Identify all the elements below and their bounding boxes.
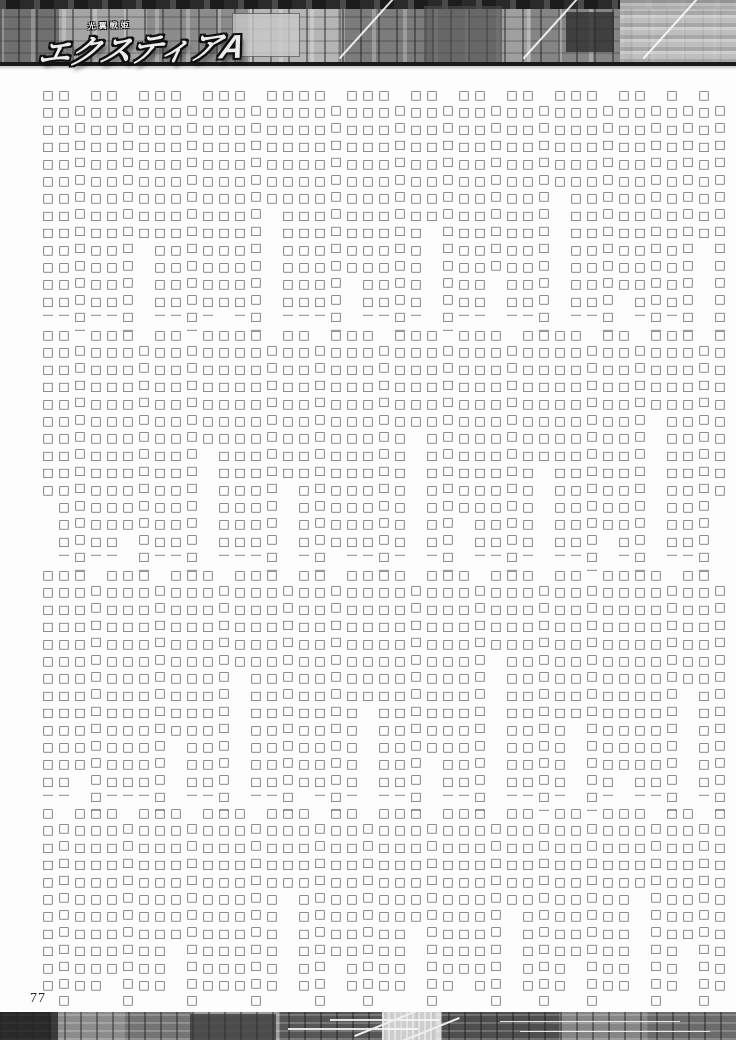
text-column: □□□□□□□□□□□□ bbox=[72, 806, 88, 992]
text-column: □□□□□□□□□□□□□□ bbox=[600, 88, 616, 331]
text-column: □□□□□□□□□□□□□□□ bbox=[520, 568, 536, 796]
text-column: □□□□□□□□□□□□ bbox=[152, 806, 168, 992]
text-column: □□□□□□□□□□□ bbox=[648, 806, 664, 1007]
text-column: □□□□□□□□□□□ bbox=[456, 328, 472, 556]
text-column: □□□□□□□□□□□□□□ bbox=[72, 88, 88, 331]
text-column: □□□□□□□□□□□□□□ bbox=[712, 568, 728, 811]
text-column: □□□□□□□□□□□□□□□ bbox=[152, 88, 168, 316]
text-column: □□□□□□□□□□ bbox=[168, 568, 184, 796]
text-column: □□□□□□□□□□□□□□□ bbox=[88, 328, 104, 556]
text-column: □□□□□□□□□□ bbox=[488, 88, 504, 331]
text-column: □□□□□□□□□□□ bbox=[312, 806, 328, 1007]
text-column: □□□□□□□□□□□□□□□ bbox=[232, 328, 248, 556]
text-column: □□□□□□□□□□□□ bbox=[344, 806, 360, 992]
text-column: □□□□□□□□□□□□□□ bbox=[584, 568, 600, 811]
text-column: □□□□□□□□□□□□□□ bbox=[184, 328, 200, 571]
text-column: □□□□□□□□□□□□□□□ bbox=[616, 328, 632, 556]
text-column: □□□□□□□□□□□□□□□ bbox=[456, 568, 472, 796]
text-column: □□□□□□□ bbox=[680, 568, 696, 796]
text-column: □□□□□□□□□□□□□□□ bbox=[696, 568, 712, 796]
text-column: □□□□□□ bbox=[408, 328, 424, 556]
text-column: □□□□□□□□□□□□□□□ bbox=[664, 88, 680, 316]
text-column: □□□□□□□□□□□□ bbox=[600, 806, 616, 992]
text-column: □□□□□□□□□□□ bbox=[536, 806, 552, 1007]
text-column: □□□□□□□□□□□□□□□ bbox=[248, 328, 264, 556]
text-column: □□□□□□□ bbox=[408, 806, 424, 992]
text-column: □□□□□□□□□□□□□□□ bbox=[600, 568, 616, 796]
text-column: □□□□□□□□□□□□□□ bbox=[472, 568, 488, 811]
text-column: □□□□□□□□□ bbox=[568, 806, 584, 992]
text-column: □□□□□□□□□□□□ bbox=[600, 328, 616, 556]
collage-block bbox=[0, 1012, 58, 1040]
text-column: □□□□□□□□□□□□□□□ bbox=[264, 568, 280, 796]
text-column: □□□□□□□□□□□□□□□ bbox=[104, 328, 120, 556]
text-column: □□□□□□□□□□□□ bbox=[616, 88, 632, 316]
text-column: □□□□□□□□□□□ bbox=[488, 806, 504, 1007]
text-column: □□□□□□□□□□□□□□ bbox=[184, 88, 200, 331]
text-column: □□□□□□□□□□□□ bbox=[232, 806, 248, 992]
text-column: □□□□□□□□□□□ bbox=[424, 806, 440, 1007]
text-band: □□□□□□□□□□□□□□□□□□□□□□□□□□□□□□□□□□□□□□□□… bbox=[40, 806, 728, 992]
text-column: □□□□□□□□□□□□ bbox=[520, 806, 536, 992]
text-column: □□□□□□□□□□□□□□□ bbox=[40, 88, 56, 316]
text-column: □□□□□□□□□□□□□ bbox=[296, 568, 312, 796]
text-column: □□□□□□□□□□□□□□ bbox=[264, 328, 280, 571]
text-column: □□□□□□□□□□□□ bbox=[472, 806, 488, 992]
text-column: □□□□□□□□□□□□□□□ bbox=[632, 88, 648, 316]
light-streak bbox=[500, 1021, 680, 1022]
text-column: □□□□□□□ bbox=[264, 88, 280, 316]
text-column: □□□□□□□□□□□□ bbox=[616, 806, 632, 992]
text-column: □□□□□□□□□□□□□□□ bbox=[104, 88, 120, 316]
text-column: □□□□□□□□□□ bbox=[104, 806, 120, 992]
text-column: □□□□□□□□□□□□□□□ bbox=[408, 88, 424, 316]
text-column: □□□□□□□□□□□□□□□ bbox=[552, 568, 568, 796]
text-column: □□□□□□□□□□□□□□□ bbox=[392, 568, 408, 796]
text-column: □□□□□□□□□□□□□□□ bbox=[552, 328, 568, 556]
text-column: □□□□□□□□□□ bbox=[40, 328, 56, 556]
text-column: □□□□□□□□□□□□□□□ bbox=[200, 88, 216, 316]
text-column: □□□□□□□□□ bbox=[328, 806, 344, 992]
text-column: □□□□□□□□□□□□□□□ bbox=[392, 328, 408, 556]
text-column: □□□□□□□□□□□□ bbox=[392, 806, 408, 992]
text-column: □□□□□□□□□□□□ bbox=[552, 806, 568, 992]
text-column: □□□□□□□□□□□□□□□ bbox=[280, 88, 296, 316]
text-column: □□□□□□□□□□□□□□□ bbox=[248, 568, 264, 796]
text-column: □□□□□□□□□□□□□ bbox=[328, 328, 344, 556]
text-column: □□□□□□□□□□□□□□□ bbox=[440, 568, 456, 796]
text-column: □□□□□□□□□□□□□□ bbox=[328, 568, 344, 811]
text-column: □□□□□□□□□□□□□□□ bbox=[296, 328, 312, 556]
text-column: □□□□□□□□□□□□□□ bbox=[328, 88, 344, 331]
text-column: □□□□□□□□□□□ bbox=[696, 806, 712, 1007]
scanned-novel-page: 光翼戦姫 エクスティアA □□□□□□□□□□□□□□□□□□□□□□□□□□□… bbox=[0, 0, 736, 1040]
text-column: □□□□□□□□□□□□□□□ bbox=[584, 88, 600, 316]
text-column: □□□□□□□□□□□□□□□ bbox=[232, 88, 248, 316]
text-column: □□□□□□□□□□□ bbox=[120, 806, 136, 1007]
text-column: □□□□□□□□□□□ bbox=[216, 806, 232, 992]
text-column: □□□□□□□□ bbox=[680, 806, 696, 992]
text-column: □□□□□□ bbox=[552, 88, 568, 316]
text-column: □□□□□□□□□□□□ bbox=[264, 806, 280, 992]
text-column: □□□□□□□□□□□□□□ bbox=[632, 328, 648, 571]
text-column: □□□□□□□□□□□ bbox=[344, 88, 360, 316]
text-column: □□□□□□□□□□ bbox=[456, 806, 472, 992]
text-column: □□□□□□□□□□□□□□□ bbox=[376, 568, 392, 796]
text-column: □□□□□□□□□□□□□□□ bbox=[184, 568, 200, 796]
text-column: □□□□□□□□□□□□□□□ bbox=[56, 88, 72, 316]
text-column: □□□□□□□□□□□□□□□ bbox=[680, 328, 696, 556]
text-column: □□□□□□□□□□□□□□ bbox=[664, 568, 680, 811]
text-column: □□□□□□□□□□□□□□ bbox=[584, 328, 600, 571]
text-column: □□□□□□□□□□ bbox=[712, 328, 728, 556]
text-column: □□□□□□□□□□□□□□ bbox=[440, 328, 456, 571]
text-column: □□□□□□□□□□□□□□□ bbox=[632, 568, 648, 796]
text-column: □□□□□□□□□□□ bbox=[184, 806, 200, 1007]
text-column: □□□□□□□□□□□□□□□ bbox=[312, 88, 328, 316]
text-column: □□□□□□□□□□□□□□□ bbox=[360, 88, 376, 316]
text-column: □□□□□□□□□□□□□□□ bbox=[152, 328, 168, 556]
text-column: □□□□□□□□□□□□ bbox=[136, 806, 152, 992]
text-column: □□□□□□□□ bbox=[536, 328, 552, 556]
text-column: □□□□□□□□□□□□□□ bbox=[504, 328, 520, 571]
text-column: □□□□□□□□□□□□□□□ bbox=[456, 88, 472, 316]
text-column: □□□□□□□□□□□□□□□ bbox=[520, 328, 536, 556]
text-column: □□□□□□□□□□□□ bbox=[712, 806, 728, 992]
text-column: □□□□□□□□□□□□□□□ bbox=[504, 568, 520, 796]
text-column: □□□□□□□□□□□□□□□ bbox=[344, 568, 360, 796]
text-column: □□□□□□□□ bbox=[424, 88, 440, 316]
text-column: □□□□□□□□□□□□ bbox=[664, 806, 680, 992]
text-column: □□□□□□□□□□□□□□ bbox=[72, 328, 88, 571]
text-column: □□□□□□□□□□□□□□□ bbox=[376, 88, 392, 316]
text-column: □□□□□□□□□□□□□□ bbox=[440, 88, 456, 331]
text-column: □□□□□□□□□ bbox=[696, 88, 712, 316]
text-column: □□□□□□□□□□□□□□ bbox=[712, 88, 728, 331]
text-column: □□□□□□□ bbox=[200, 328, 216, 556]
text-column: □□□□□ bbox=[488, 568, 504, 796]
text-column: □□□□□□□□□□□□□□ bbox=[376, 328, 392, 571]
text-column: □□□□□□ bbox=[232, 568, 248, 796]
text-column: □□□□□□□□□□□ bbox=[56, 806, 72, 1007]
collage-block bbox=[190, 1014, 276, 1040]
text-column: □□□□□□□□□□□□□□□ bbox=[216, 328, 232, 556]
text-column: □□□□□ bbox=[648, 328, 664, 556]
text-column: □□□□□□□□□□□ bbox=[360, 806, 376, 1007]
text-column: □□□□□□□□□□□□ bbox=[376, 806, 392, 992]
text-column: □□□□□□□□□□□□□□ bbox=[408, 568, 424, 811]
light-streak bbox=[520, 1031, 710, 1032]
text-column: □□□□□□□□□□□□□□□ bbox=[168, 328, 184, 556]
text-column: □□□□□□□□□□□□□□□ bbox=[568, 328, 584, 556]
text-column: □□□□□□□□□□□□□□□ bbox=[296, 88, 312, 316]
text-column: □□□□□□□□□□□□□□ bbox=[680, 88, 696, 331]
text-column: □□□□□□□□□□□□ bbox=[440, 806, 456, 992]
text-column: □□□□□□□□□□□□□□□ bbox=[488, 328, 504, 556]
text-column: □□□□□□□□□□□□□□ bbox=[536, 88, 552, 331]
text-column: □□□□□□□□□□□□ bbox=[200, 806, 216, 992]
text-column: □□□□□□□□□□□□□ bbox=[216, 88, 232, 316]
text-column: □□□□□□□□□□□□□□□ bbox=[344, 328, 360, 556]
text-column: □□□□□□□□□□□□□□□ bbox=[520, 88, 536, 316]
text-column: □□□□□□□□□ bbox=[568, 568, 584, 796]
text-column: □□□□□□□□□□□□□□ bbox=[136, 328, 152, 571]
footer-collage-banner bbox=[0, 1012, 736, 1040]
text-area: □□□□□□□□□□□□□□□□□□□□□□□□□□□□□□□□□□□□□□□□… bbox=[0, 0, 736, 1040]
text-column: □□□□□□□□□□□ bbox=[248, 806, 264, 1007]
text-column: □□□□□□□□□□□□□□□ bbox=[88, 88, 104, 316]
text-column: □□□□□□□□ bbox=[360, 568, 376, 796]
text-column: □□□□□□□□□□□□ bbox=[72, 568, 88, 796]
text-band: □□□□□□□□□□□□□□□□□□□□□□□□□□□□□□□□□□□□□□□□… bbox=[40, 328, 728, 556]
text-column: □□□□□□□□□ bbox=[280, 328, 296, 556]
page-number: 77 bbox=[30, 991, 46, 1007]
text-column: □□□□□□□□□□□□□□□ bbox=[504, 88, 520, 316]
text-column: □□□□□□□□□□□□□□□ bbox=[664, 328, 680, 556]
light-streak bbox=[330, 1019, 440, 1021]
text-column: □□□□□□□□□□□□□□ bbox=[696, 328, 712, 571]
text-column: □□□□□□□□□□□□□□ bbox=[392, 88, 408, 331]
text-column: □□□□□□□□□□□□□□□ bbox=[360, 328, 376, 556]
text-column: □□□□□ bbox=[632, 806, 648, 992]
text-column: □□□□□□□□□□□□□□□ bbox=[120, 568, 136, 796]
text-column: □□□□□□□□□□□□□□□ bbox=[312, 568, 328, 796]
text-column: □□□□□□□□□□□□ bbox=[40, 806, 56, 992]
text-column: □□□□□□□□□□□□ bbox=[120, 328, 136, 556]
text-column: □□□□□□□□□□□□□□ bbox=[216, 568, 232, 811]
text-column: □□□□□□□□□□□□□□ bbox=[120, 88, 136, 331]
light-streak bbox=[288, 1028, 418, 1030]
text-column: □□□□□□□□□□□□ bbox=[616, 568, 632, 796]
text-column: □□□□□□□□□□□□□□□ bbox=[56, 328, 72, 556]
text-column: □□□□□□□□□□□□ bbox=[88, 806, 104, 992]
text-column: □□□□□□□□□□□□□□ bbox=[248, 88, 264, 331]
text-column: □□□□□□□□□ bbox=[136, 88, 152, 316]
text-column: □□□□□□□□□□□□□□ bbox=[88, 568, 104, 811]
text-column: □□□□□□□□□□□□□□□ bbox=[648, 568, 664, 796]
text-band: □□□□□□□□□□□□□□□□□□□□□□□□□□□□□□□□□□□□□□□□… bbox=[40, 88, 728, 316]
text-column: □□□□□□□□□□□□□□ bbox=[536, 568, 552, 811]
text-column: □□□□□□□□□□□□□□□ bbox=[40, 568, 56, 796]
text-band: □□□□□□□□□□□□□□□□□□□□□□□□□□□□□□□□□□□□□□□□… bbox=[40, 568, 728, 796]
text-column: □□□□□□□□□□□□ bbox=[296, 806, 312, 992]
text-column: □□□□□□□□□□□□□□□ bbox=[472, 88, 488, 316]
text-column: □□□□□□□□□□□□□□□ bbox=[472, 328, 488, 556]
text-column: □□□□□□□□□□□ bbox=[424, 568, 440, 796]
text-column: □□□□□□□□□□□□□□□ bbox=[104, 568, 120, 796]
text-column: □□□□□□□□□□□□□□□ bbox=[168, 88, 184, 316]
text-column: □□□□□□□□□□□□□□□ bbox=[56, 568, 72, 796]
text-column: □□□□□□□□□□□□□□ bbox=[152, 568, 168, 811]
text-column: □□□□□□□□□□□□□□□ bbox=[136, 568, 152, 796]
text-column: □□□□□□□□□□□□□□□ bbox=[568, 88, 584, 316]
text-column: □□□□□□□□□□□□□□ bbox=[312, 328, 328, 571]
text-column: □□□□□□□□ bbox=[168, 806, 184, 992]
text-column: □□□□□□□□□□□□□□ bbox=[648, 88, 664, 331]
text-column: □□□□□□□□□□□ bbox=[584, 806, 600, 1007]
text-column: □□□□□□□□□□□□□□□ bbox=[424, 328, 440, 556]
text-column: □□□□□□ bbox=[504, 806, 520, 992]
text-column: □□□□□□□□□□□□□□ bbox=[280, 568, 296, 811]
text-column: □□□□□ bbox=[280, 806, 296, 992]
text-column: □□□□□□□□□□□□□□□ bbox=[200, 568, 216, 796]
